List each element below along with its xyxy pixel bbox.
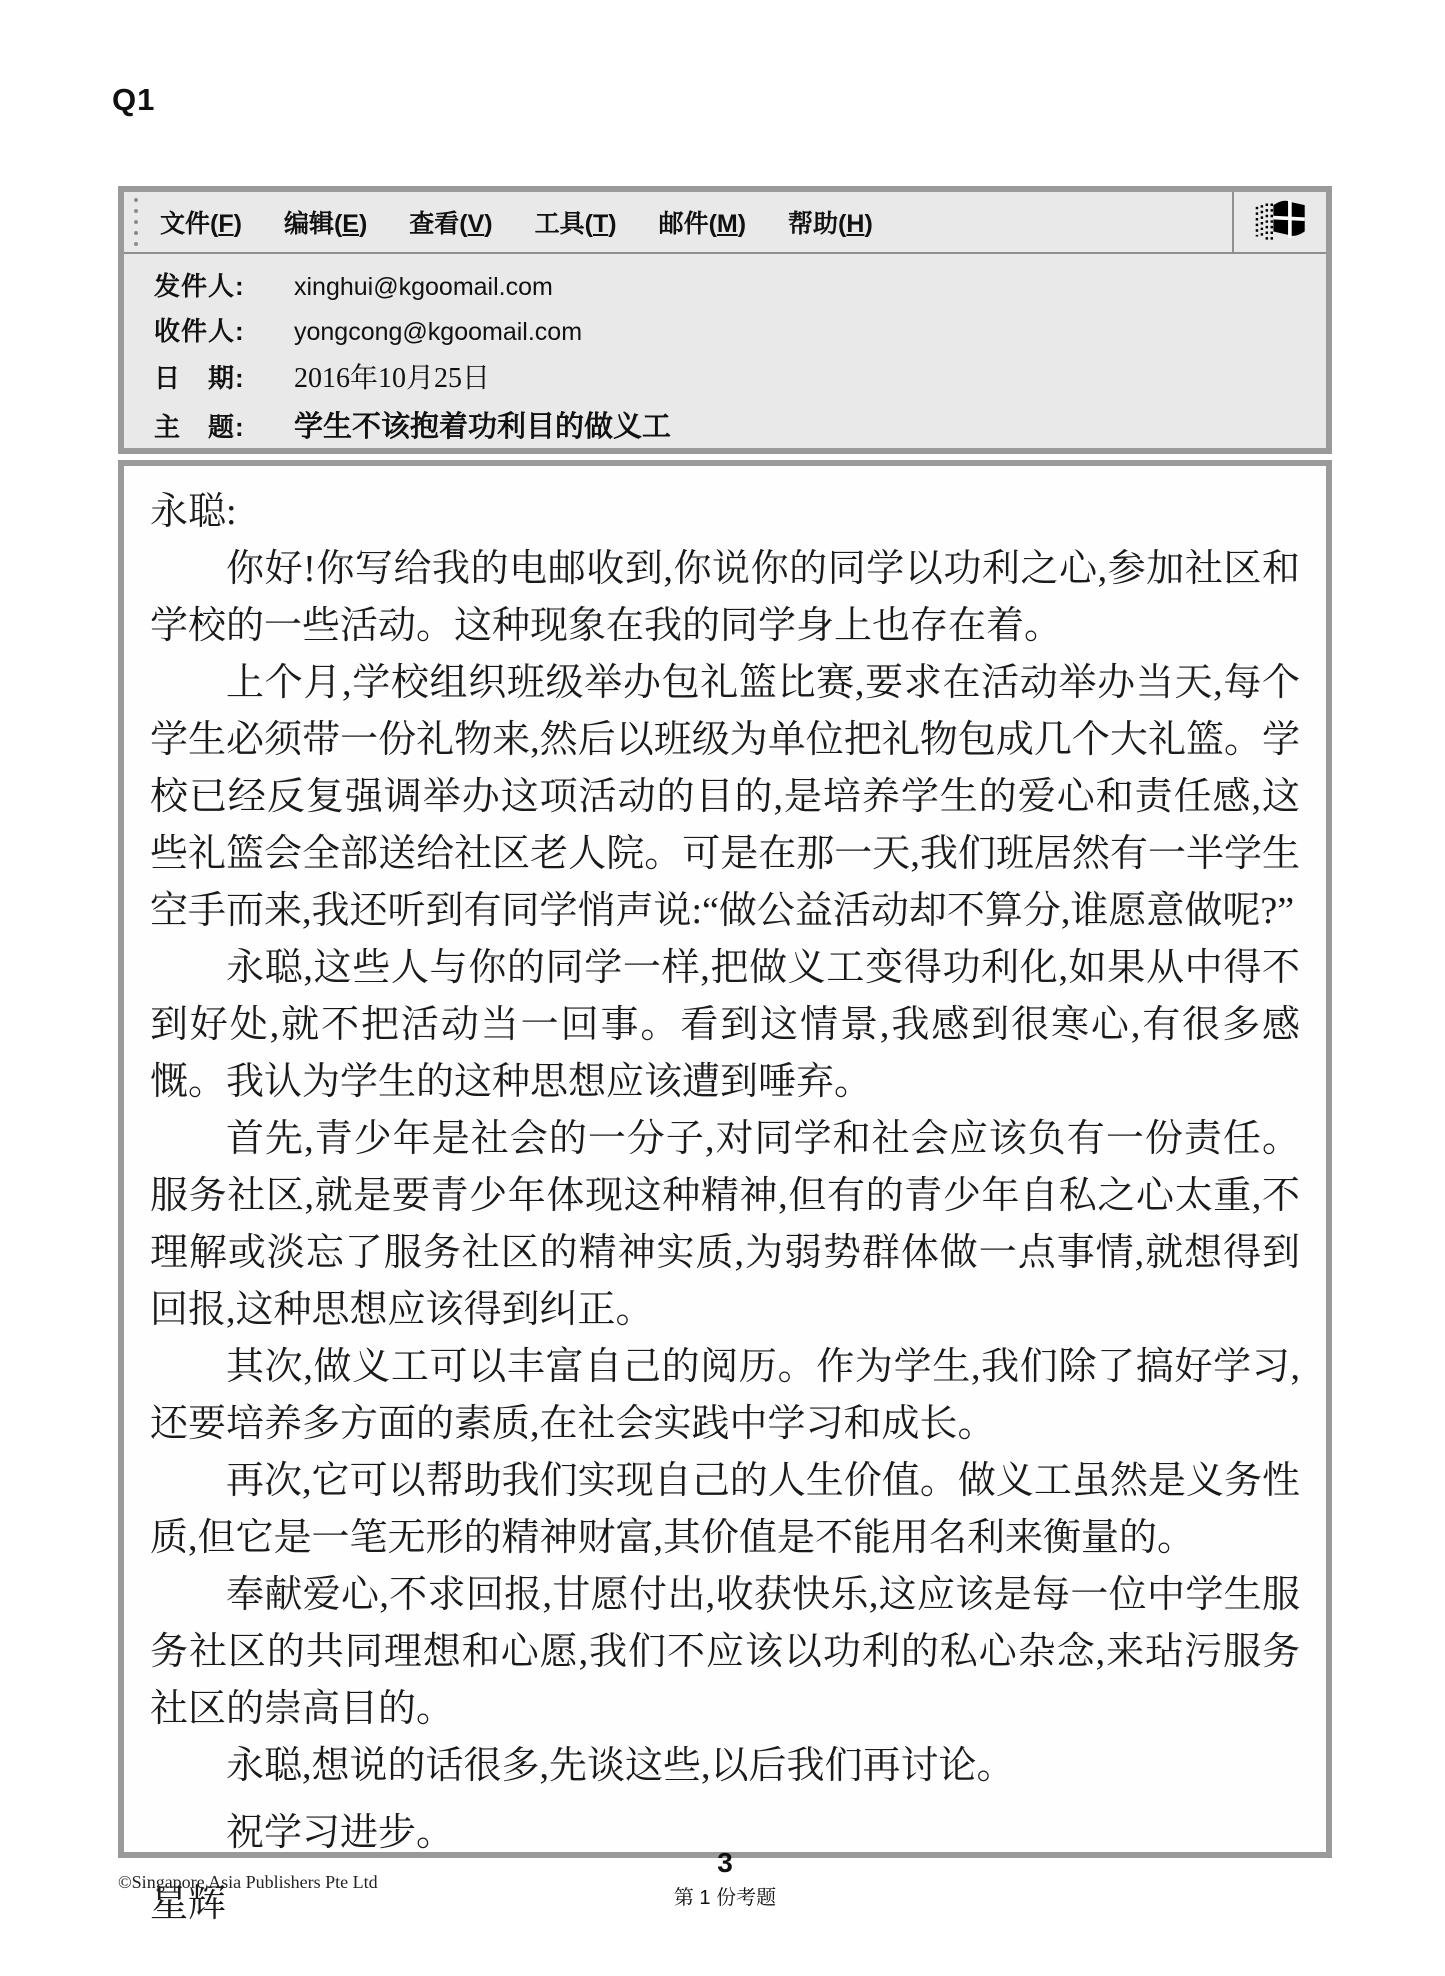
menu-drag-handle[interactable] bbox=[124, 192, 148, 252]
field-date: 日 期: 2016年10月25日 bbox=[154, 356, 1326, 396]
question-label: Q1 bbox=[112, 82, 155, 118]
menu-items: 文件(F) 编辑(E) 查看(V) 工具(T) 邮件(M) 帮助(H) bbox=[148, 192, 873, 252]
body-paragraph: 首先,青少年是社会的一分子,对同学和社会应该负有一份责任。服务社区,就是要青少年… bbox=[150, 1111, 1300, 1339]
body-paragraph: 你好!你写给我的电邮收到,你说你的同学以功利之心,参加社区和学校的一些活动。这种… bbox=[150, 541, 1300, 655]
subject-value: 学生不该抱着功利目的做义工 bbox=[294, 404, 671, 445]
body-paragraph: 奉献爱心,不求回报,甘愿付出,收获快乐,这应该是每一位中学生服务社区的共同理想和… bbox=[150, 1567, 1300, 1738]
subject-label: 主 题: bbox=[154, 407, 282, 444]
body-paragraph: 其次,做义工可以丰富自己的阅历。作为学生,我们除了搞好学习,还要培养多方面的素质… bbox=[150, 1339, 1300, 1453]
field-to: 收件人: yongcong@kgoomail.com bbox=[154, 311, 1326, 348]
email-body-window: 永聪: 你好!你写给我的电邮收到,你说你的同学以功利之心,参加社区和学校的一些活… bbox=[118, 460, 1332, 1858]
exam-page: Q1 文件(F) 编辑(E) 查看(V) 工具(T) 邮件(M) 帮助(H) bbox=[0, 0, 1445, 1976]
body-paragraph: 上个月,学校组织班级举办包礼篮比赛,要求在活动举办当天,每个学生必须带一份礼物来… bbox=[150, 655, 1300, 940]
body-paragraph: 永聪,想说的话很多,先谈这些,以后我们再讨论。 bbox=[150, 1738, 1300, 1795]
salutation: 永聪: bbox=[150, 484, 1300, 541]
windows-flag-icon bbox=[1252, 195, 1308, 250]
field-subject: 主 题: 学生不该抱着功利目的做义工 bbox=[154, 404, 1326, 445]
menu-item-view[interactable]: 查看(V) bbox=[409, 204, 492, 240]
email-fields: 发件人: xinghui@kgoomail.com 收件人: yongcong@… bbox=[124, 254, 1326, 445]
menu-item-file[interactable]: 文件(F) bbox=[160, 204, 242, 240]
date-label: 日 期: bbox=[154, 358, 282, 395]
footer-center: 3 第 1 份考题 bbox=[118, 1848, 1332, 1910]
to-value: yongcong@kgoomail.com bbox=[294, 318, 582, 347]
menu-bar: 文件(F) 编辑(E) 查看(V) 工具(T) 邮件(M) 帮助(H) bbox=[124, 192, 1326, 254]
body-paragraph: 永聪,这些人与你的同学一样,把做义工变得功利化,如果从中得不到好处,就不把活动当… bbox=[150, 940, 1300, 1111]
menu-item-mail[interactable]: 邮件(M) bbox=[659, 204, 746, 240]
menu-item-tools[interactable]: 工具(T) bbox=[535, 204, 617, 240]
to-label: 收件人: bbox=[154, 311, 282, 348]
field-from: 发件人: xinghui@kgoomail.com bbox=[154, 266, 1326, 303]
menu-item-help[interactable]: 帮助(H) bbox=[788, 204, 873, 240]
from-label: 发件人: bbox=[154, 266, 282, 303]
logo-cell bbox=[1232, 192, 1326, 252]
menu-item-edit[interactable]: 编辑(E) bbox=[284, 204, 367, 240]
page-number: 3 bbox=[118, 1848, 1332, 1878]
email-header-window: 文件(F) 编辑(E) 查看(V) 工具(T) 邮件(M) 帮助(H) bbox=[118, 186, 1332, 454]
paper-label: 第 1 份考题 bbox=[118, 1881, 1332, 1910]
from-value: xinghui@kgoomail.com bbox=[294, 273, 553, 302]
body-paragraph: 再次,它可以帮助我们实现自己的人生价值。做义工虽然是义务性质,但它是一笔无形的精… bbox=[150, 1453, 1300, 1567]
date-value: 2016年10月25日 bbox=[294, 356, 490, 396]
